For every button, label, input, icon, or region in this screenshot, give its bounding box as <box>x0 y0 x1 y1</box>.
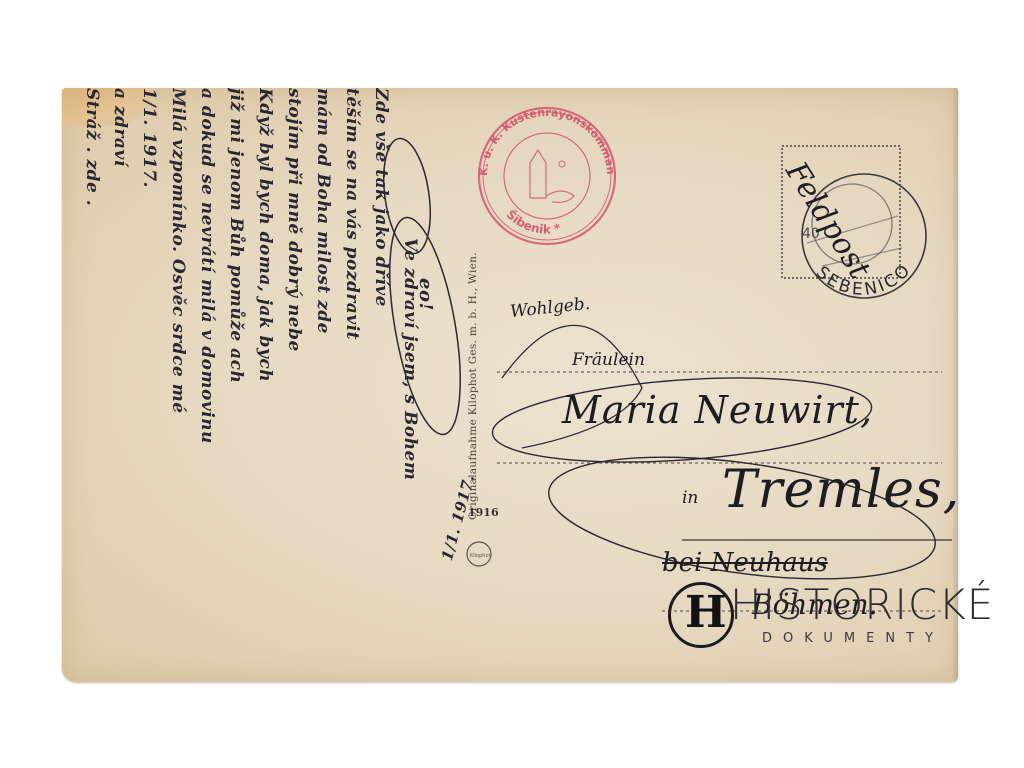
address-prefix-in: in <box>682 488 698 508</box>
watermark-logo-letter: H <box>685 591 727 635</box>
watermark: H HISTORICKÉ DOKUMENTY <box>668 582 974 654</box>
address-district: bei Neuhaus <box>662 548 828 578</box>
address-town: Tremles, <box>722 460 958 520</box>
address-recipient: Maria Neuwirt, <box>562 388 873 432</box>
watermark-subtitle: DOKUMENTY <box>762 631 944 646</box>
watermark-logo: H <box>668 582 734 648</box>
address-title: Fräulein <box>572 350 645 370</box>
watermark-title: HISTORICKÉ <box>730 584 994 626</box>
